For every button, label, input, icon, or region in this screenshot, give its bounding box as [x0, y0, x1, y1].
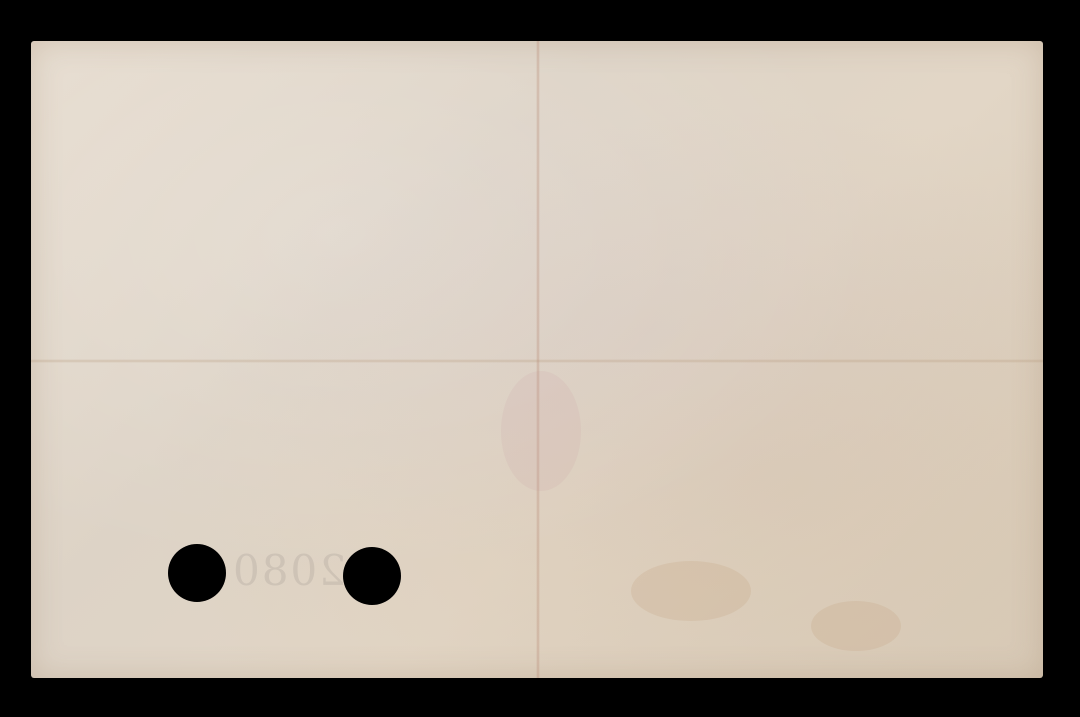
stain	[811, 601, 901, 651]
punch-hole	[343, 547, 401, 605]
punch-hole	[168, 544, 226, 602]
bleed-through-serial-number: 2080	[231, 546, 346, 595]
horizontal-fold-crease	[31, 359, 1043, 363]
stain	[501, 371, 581, 491]
stain	[631, 561, 751, 621]
paper-note: 2080	[31, 41, 1043, 678]
